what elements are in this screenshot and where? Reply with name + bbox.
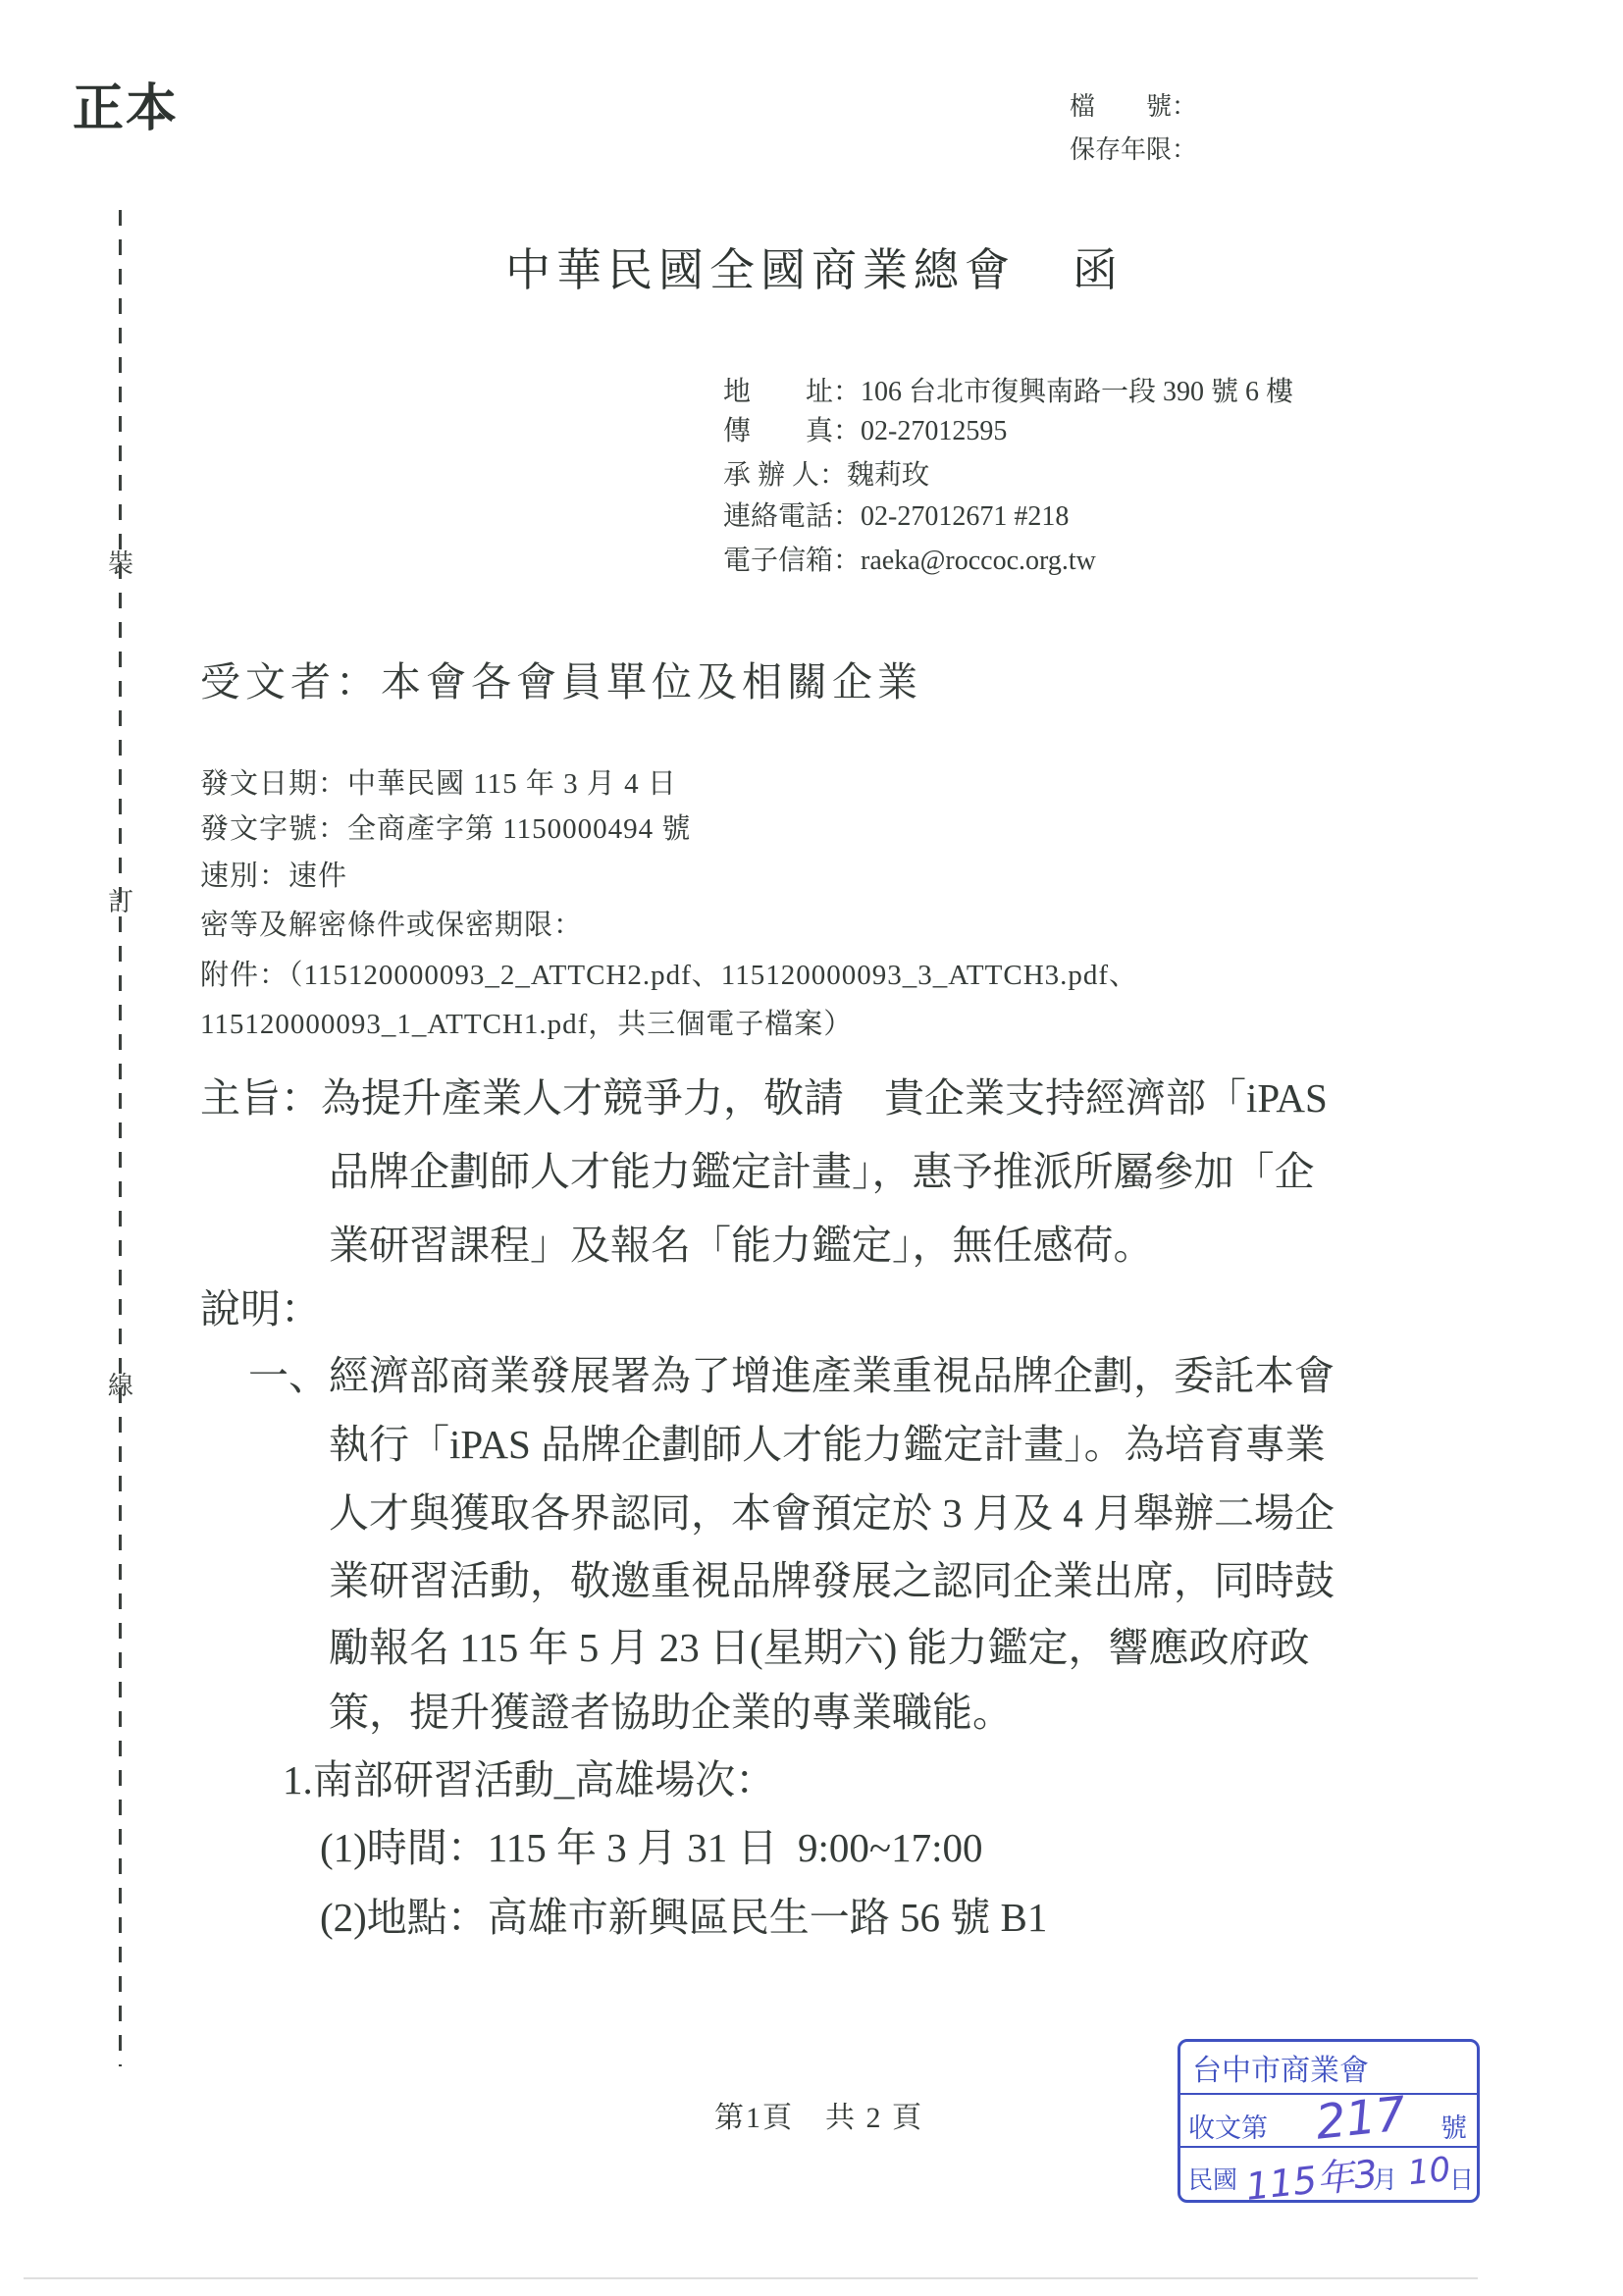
contact-handler-row: 承 辦 人：魏莉玫 xyxy=(723,460,929,492)
sub-item-place: (2)地點：高雄市新興區民生一路 56 號 B1 xyxy=(320,1895,1047,1941)
page-number: 第1頁 共 2 頁 xyxy=(714,2102,923,2136)
subject-line-1: 主旨：為提升產業人才競爭力，敬請 貴企業支持經濟部「iPAS xyxy=(200,1075,1328,1122)
document-type: 函 xyxy=(1073,245,1124,297)
stamp-receive-prefix: 收文第 xyxy=(1188,2107,1268,2145)
subject-line-3: 業研習課程」及報名「能力鑑定」，無任感荷。 xyxy=(329,1223,1154,1269)
contact-fax-row: 傳 真：02-27012595 xyxy=(723,416,1007,447)
ref-number-line: 發文字號：全商產字第 1150000494 號 xyxy=(200,813,691,846)
receipt-stamp-org-row: 台中市商業會 xyxy=(1180,2042,1477,2095)
issue-date-line: 發文日期：中華民國 115 年 3 月 4 日 xyxy=(200,768,677,801)
explanation-item1-line2: 執行「iPAS 品牌企劃師人才能力鑑定計畫」。為培育專業 xyxy=(329,1422,1326,1468)
contact-phone-row: 連絡電話：02-27012671 #218 xyxy=(723,501,1069,533)
receipt-stamp-date-row: 民國 115年3 月 10 日 xyxy=(1180,2148,1477,2200)
attachment-line-1: 附件：（115120000093_2_ATTCH2.pdf、1151200000… xyxy=(200,960,1138,992)
binding-dashed-line xyxy=(119,210,122,2066)
contact-address-row: 地 址：106 台北市復興南路一段 390 號 6 樓 xyxy=(723,377,1293,408)
recipient-line: 受文者：本會各會員單位及相關企業 xyxy=(200,659,922,705)
stamp-day-label: 日 xyxy=(1449,2161,1474,2196)
address-label: 地 址： xyxy=(723,377,861,407)
sub-item-time: (1)時間：115 年 3 月 31 日 9:00~17:00 xyxy=(320,1825,983,1871)
stamp-handwritten-year: 115年3 xyxy=(1242,2143,1380,2211)
stamp-month-label: 月 xyxy=(1373,2161,1397,2196)
address-value: 106 台北市復興南路一段 390 號 6 樓 xyxy=(861,377,1293,407)
email-label: 電子信箱： xyxy=(723,546,861,576)
binding-mark-zhuang: 裝 xyxy=(101,549,140,579)
stamp-org-char: 台中市商業會 xyxy=(1192,2046,1369,2089)
copy-type-label: 正本 xyxy=(73,80,179,139)
fax-value: 02-27012595 xyxy=(861,416,1007,446)
sub-item-activity-title: 1.南部研習活動_高雄場次： xyxy=(283,1757,775,1803)
subject-line-2: 品牌企劃師人才能力鑑定計畫」，惠予推派所屬參加「企 xyxy=(329,1149,1315,1195)
security-line: 密等及解密條件或保密期限： xyxy=(200,910,583,942)
phone-value: 02-27012671 #218 xyxy=(861,501,1069,532)
handler-label: 承 辦 人： xyxy=(723,460,847,491)
handler-value: 魏莉玫 xyxy=(847,460,929,491)
explanation-item1-line5: 勵報名 115 年 5 月 23 日(星期六) 能力鑑定，響應政府政 xyxy=(329,1625,1310,1671)
fax-label: 傳 真： xyxy=(723,416,861,446)
explanation-item1-line3: 人才與獲取各界認同，本會預定於 3 月及 4 月舉辦二場企 xyxy=(329,1490,1335,1537)
phone-label: 連絡電話： xyxy=(723,501,861,532)
priority-line: 速別：速件 xyxy=(200,861,347,893)
receipt-stamp: 台中市商業會 收文第 217 號 民國 115年3 月 10 日 xyxy=(1178,2039,1480,2203)
stamp-handwritten-day: 10 xyxy=(1406,2150,1452,2193)
issuing-org-name: 中華民國全國商業總會 xyxy=(505,245,1016,297)
explanation-item1-line6: 策，提升獲證者協助企業的專業職能。 xyxy=(329,1690,1013,1736)
contact-email-row: 電子信箱：raeka@roccoc.org.tw xyxy=(723,546,1096,577)
document-title: 中華民國全國商業總會函 xyxy=(393,245,1236,297)
stamp-receive-suffix: 號 xyxy=(1440,2107,1467,2145)
binding-mark-xian: 線 xyxy=(101,1372,140,1401)
archive-retention-label: 保存年限： xyxy=(1070,135,1197,165)
receipt-stamp-number-row: 收文第 217 號 xyxy=(1180,2095,1477,2148)
stamp-era-label: 民國 xyxy=(1188,2161,1237,2196)
explanation-item1-line1: 一、經濟部商業發展署為了增進產業重視品牌企劃，委託本會 xyxy=(248,1353,1335,1399)
binding-mark-ding: 訂 xyxy=(101,888,140,917)
email-value: raeka@roccoc.org.tw xyxy=(861,546,1096,576)
explanation-label: 說明： xyxy=(200,1286,321,1332)
archive-file-no-label: 檔 號： xyxy=(1070,92,1197,122)
page-bottom-edge xyxy=(24,2277,1478,2279)
attachment-line-2: 115120000093_1_ATTCH1.pdf，共三個電子檔案） xyxy=(200,1009,853,1041)
explanation-item1-line4: 業研習活動，敬邀重視品牌發展之認同企業出席，同時鼓 xyxy=(329,1558,1335,1604)
stamp-handwritten-number: 217 xyxy=(1313,2086,1408,2150)
